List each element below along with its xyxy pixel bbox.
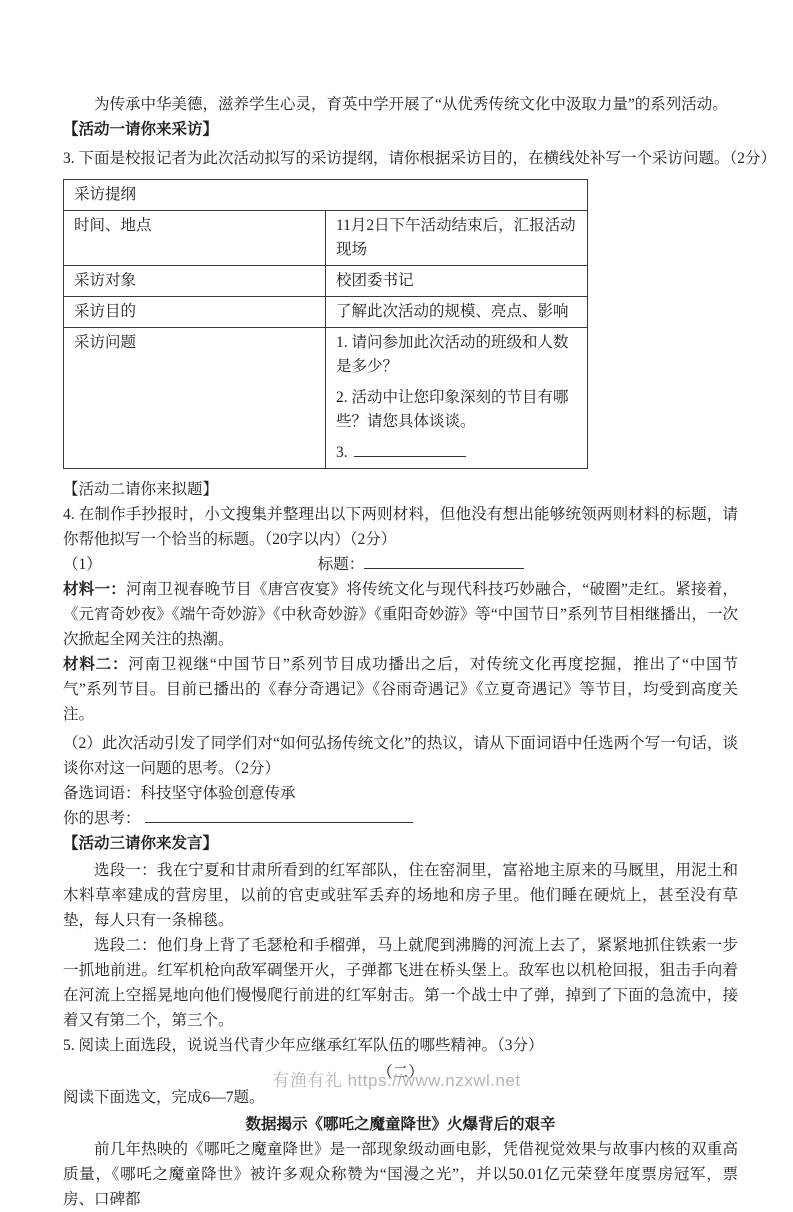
- activity2-heading: 【活动二请你来拟题】: [63, 477, 738, 502]
- exam-page: 为传承中华美德，滋养学生心灵，育英中学开展了“从优秀传统文化中汲取力量”的系列活…: [0, 0, 793, 1122]
- question-3: 3. 下面是校报记者为此次活动拟写的采访提纲，请你根据采访目的，在横线处补写一个…: [63, 146, 738, 171]
- article-title: 数据揭示《哪吒之魔童降世》火爆背后的艰辛: [63, 1112, 738, 1137]
- activity3-heading: 【活动三请你来发言】: [63, 831, 738, 856]
- passage-1-text: 我在宁夏和甘肃所看到的红军部队，住在窑洞里，富裕地主原来的马厩里，用泥土和木料草…: [63, 862, 738, 929]
- row-value: 了解此次活动的规模、亮点、影响: [326, 297, 588, 328]
- question-3-number: 3.: [336, 444, 348, 461]
- activity1-heading: 【活动一请你来采访】: [63, 117, 738, 142]
- material-2: 材料二：河南卫视继“中国节日”系列节目成功播出之后，对传统文化再度挖掘，推出了“…: [63, 652, 738, 727]
- passage-2-label: 选段二：: [94, 937, 157, 954]
- row-value: 校团委书记: [326, 266, 588, 297]
- table-row-purpose: 采访目的 了解此次活动的规模、亮点、影响: [64, 297, 588, 328]
- interview-outline-table: 采访提纲 时间、地点 11月2日下午活动结束后，汇报活动现场 采访对象 校团委书…: [63, 179, 588, 469]
- answer-blank: [354, 442, 466, 457]
- thoughts-label: 你的思考：: [63, 810, 141, 827]
- material-2-label: 材料二：: [63, 656, 128, 673]
- table-row-time-place: 时间、地点 11月2日下午活动结束后，汇报活动现场: [64, 211, 588, 266]
- interview-question-2: 2. 活动中让您印象深刻的节目有哪些？请您具体谈谈。: [336, 386, 577, 434]
- passage-2-text: 他们身上背了毛瑟枪和手榴弹，马上就爬到沸腾的河流上去了，紧紧地抓住铁索一步一抓地…: [63, 937, 738, 1029]
- table-row-title: 采访提纲: [64, 180, 588, 211]
- intro-paragraph: 为传承中华美德，滋养学生心灵，育英中学开展了“从优秀传统文化中汲取力量”的系列活…: [63, 92, 738, 117]
- interview-question-3: 3.: [336, 441, 577, 465]
- material-2-text: 河南卫视继“中国节日”系列节目成功播出之后，对传统文化再度挖掘，推出了“中国节气…: [63, 656, 738, 723]
- row-label: 采访问题: [64, 328, 326, 469]
- sub-question-2: （2）此次活动引发了同学们对“如何弘扬传统文化”的热议，请从下面词语中任选两个写…: [63, 731, 738, 781]
- table-row-interviewee: 采访对象 校团委书记: [64, 266, 588, 297]
- interview-question-1: 1. 请问参加此次活动的班级和人数是多少？: [336, 331, 577, 379]
- passage-1: 选段一：我在宁夏和甘肃所看到的红军部队，住在窑洞里，富裕地主原来的马厩里，用泥土…: [63, 858, 738, 933]
- watermark-footer: 有渔有礼 https://www.nzxwl.net: [0, 1066, 793, 1091]
- sub-question-1-label: （1）: [63, 552, 102, 577]
- word-bank: 备选词语：科技坚守体验创意传承: [63, 781, 738, 806]
- title-label: 标题：: [318, 556, 365, 573]
- material-1-label: 材料一：: [63, 581, 126, 598]
- row-value: 1. 请问参加此次活动的班级和人数是多少？ 2. 活动中让您印象深刻的节目有哪些…: [326, 328, 588, 469]
- sub-question-1-row: （1） 标题：: [63, 552, 738, 577]
- passage-1-label: 选段一：: [94, 862, 157, 879]
- row-value: 11月2日下午活动结束后，汇报活动现场: [326, 211, 588, 266]
- material-1: 材料一：河南卫视春晚节目《唐宫夜宴》将传统文化与现代科技巧妙融合，“破圈”走红。…: [63, 577, 738, 652]
- question-5: 5. 阅读上面选段，说说当代青少年应继承红军队伍的哪些精神。（3分）: [63, 1033, 738, 1058]
- table-title-cell: 采访提纲: [64, 180, 588, 211]
- title-blank: [364, 554, 524, 569]
- row-label: 采访对象: [64, 266, 326, 297]
- table-row-questions: 采访问题 1. 请问参加此次活动的班级和人数是多少？ 2. 活动中让您印象深刻的…: [64, 328, 588, 469]
- title-group: 标题：: [318, 552, 525, 577]
- row-label: 采访目的: [64, 297, 326, 328]
- row-label: 时间、地点: [64, 211, 326, 266]
- article-paragraph: 前几年热映的《哪吒之魔童降世》是一部现象级动画电影，凭借视觉效果与故事内核的双重…: [63, 1137, 738, 1212]
- your-thoughts-row: 你的思考：: [63, 806, 738, 831]
- material-1-text: 河南卫视春晚节目《唐宫夜宴》将传统文化与现代科技巧妙融合，“破圈”走红。紧接着，…: [63, 581, 738, 648]
- passage-2: 选段二：他们身上背了毛瑟枪和手榴弹，马上就爬到沸腾的河流上去了，紧紧地抓住铁索一…: [63, 933, 738, 1033]
- question-4: 4. 在制作手抄报时，小文搜集并整理出以下两则材料，但他没有想出能够统领两则材料…: [63, 502, 738, 552]
- thoughts-blank: [145, 808, 413, 823]
